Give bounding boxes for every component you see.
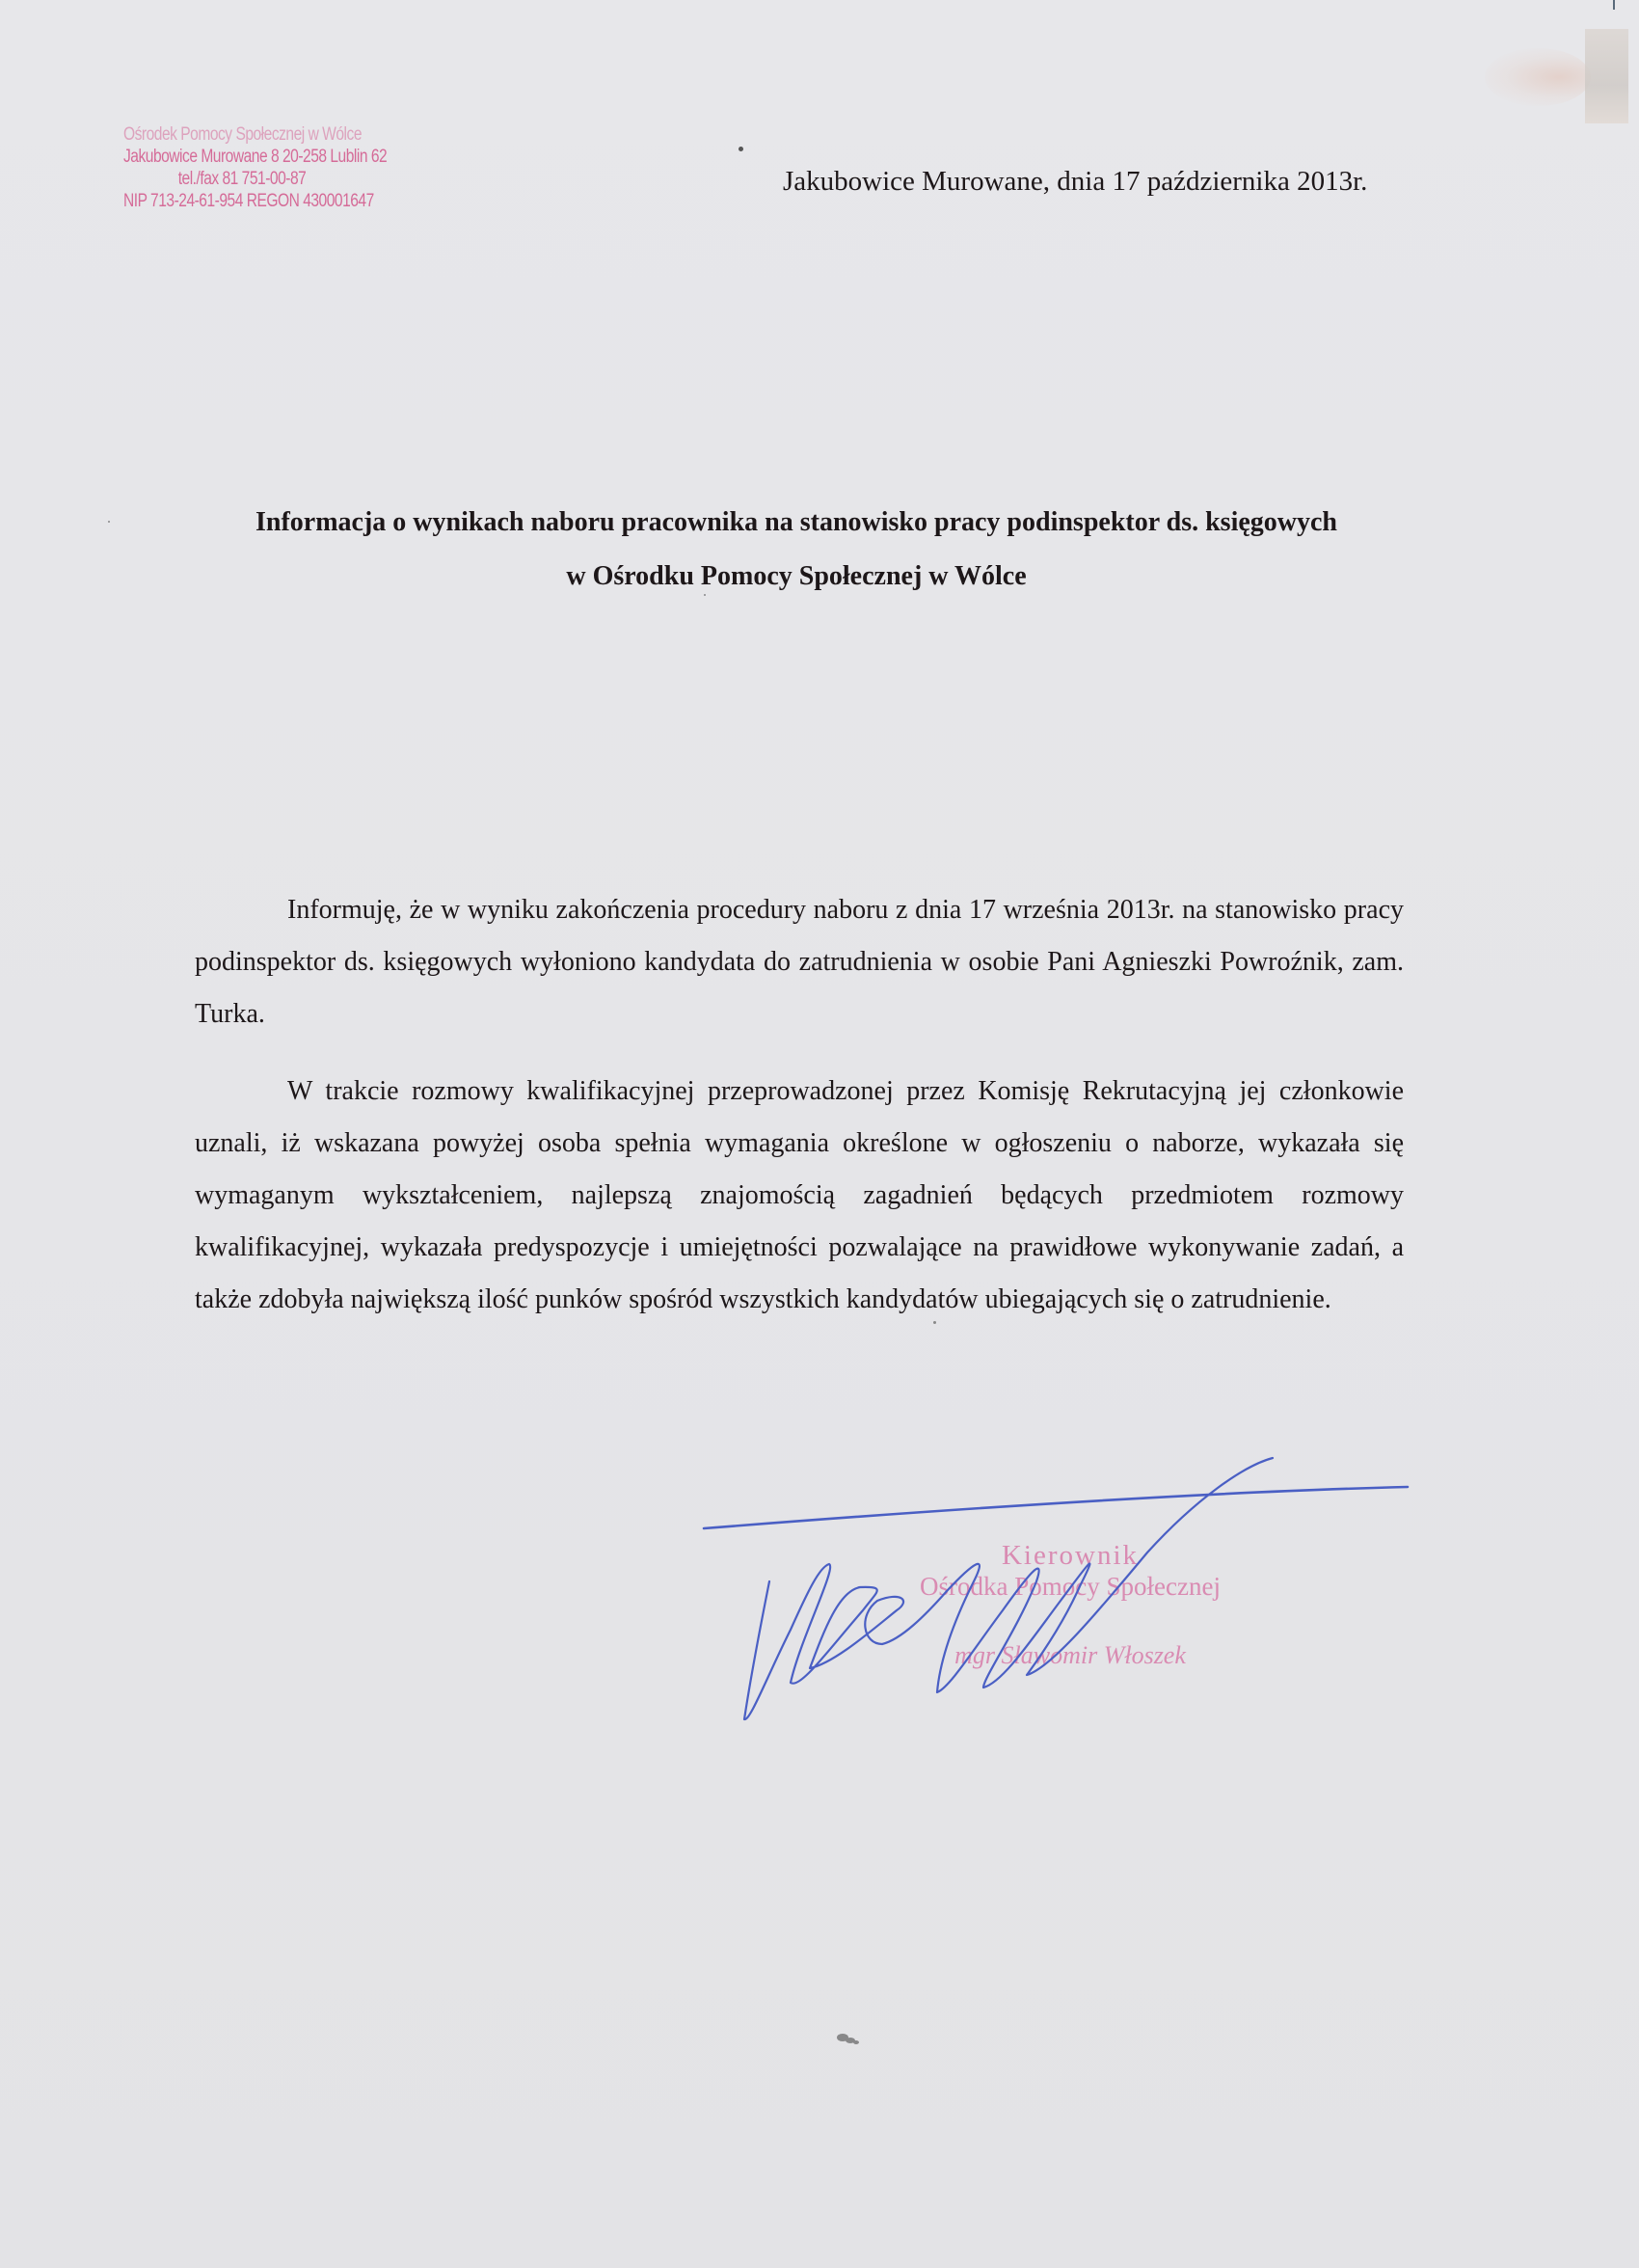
title-line-2: w Ośrodku Pomocy Społecznej w Wólce — [145, 550, 1448, 604]
scanned-letter-page: Ośrodek Pomocy Społecznej w Wólce Jakubo… — [0, 0, 1639, 2268]
stamp-line-address: Jakubowice Murowane 8 20-258 Lublin 62 — [123, 146, 361, 168]
place-and-date: Jakubowice Murowane, dnia 17 październik… — [783, 166, 1367, 198]
paragraph-1: Informuję, że w wyniku zakończenia proce… — [195, 884, 1404, 1040]
letter-body: Informuję, że w wyniku zakończenia proce… — [195, 884, 1404, 1351]
stamp-line-tax-ids: NIP 713-24-61-954 REGON 430001647 — [123, 190, 361, 212]
scan-speck — [835, 2031, 862, 2048]
stamp-line-phone: tel./fax 81 751-00-87 — [123, 168, 361, 190]
stamp-line-institution: Ośrodek Pomocy Społecznej w Wólce — [123, 123, 361, 146]
document-title: Informacja o wynikach naboru pracownika … — [145, 496, 1448, 604]
scan-speck — [108, 521, 110, 523]
institution-stamp: Ośrodek Pomocy Społecznej w Wólce Jakubo… — [123, 123, 361, 212]
paragraph-2: W trakcie rozmowy kwalifikacyjnej przepr… — [195, 1066, 1404, 1326]
scan-smudge — [1485, 48, 1591, 106]
scan-edge-artifact — [1585, 29, 1628, 123]
scan-dot — [739, 147, 743, 151]
scan-speck — [933, 1321, 936, 1324]
scan-speck — [704, 594, 706, 596]
scan-edge-line — [1613, 0, 1615, 10]
title-line-1: Informacja o wynikach naboru pracownika … — [145, 496, 1448, 550]
handwritten-signature — [694, 1446, 1504, 1736]
